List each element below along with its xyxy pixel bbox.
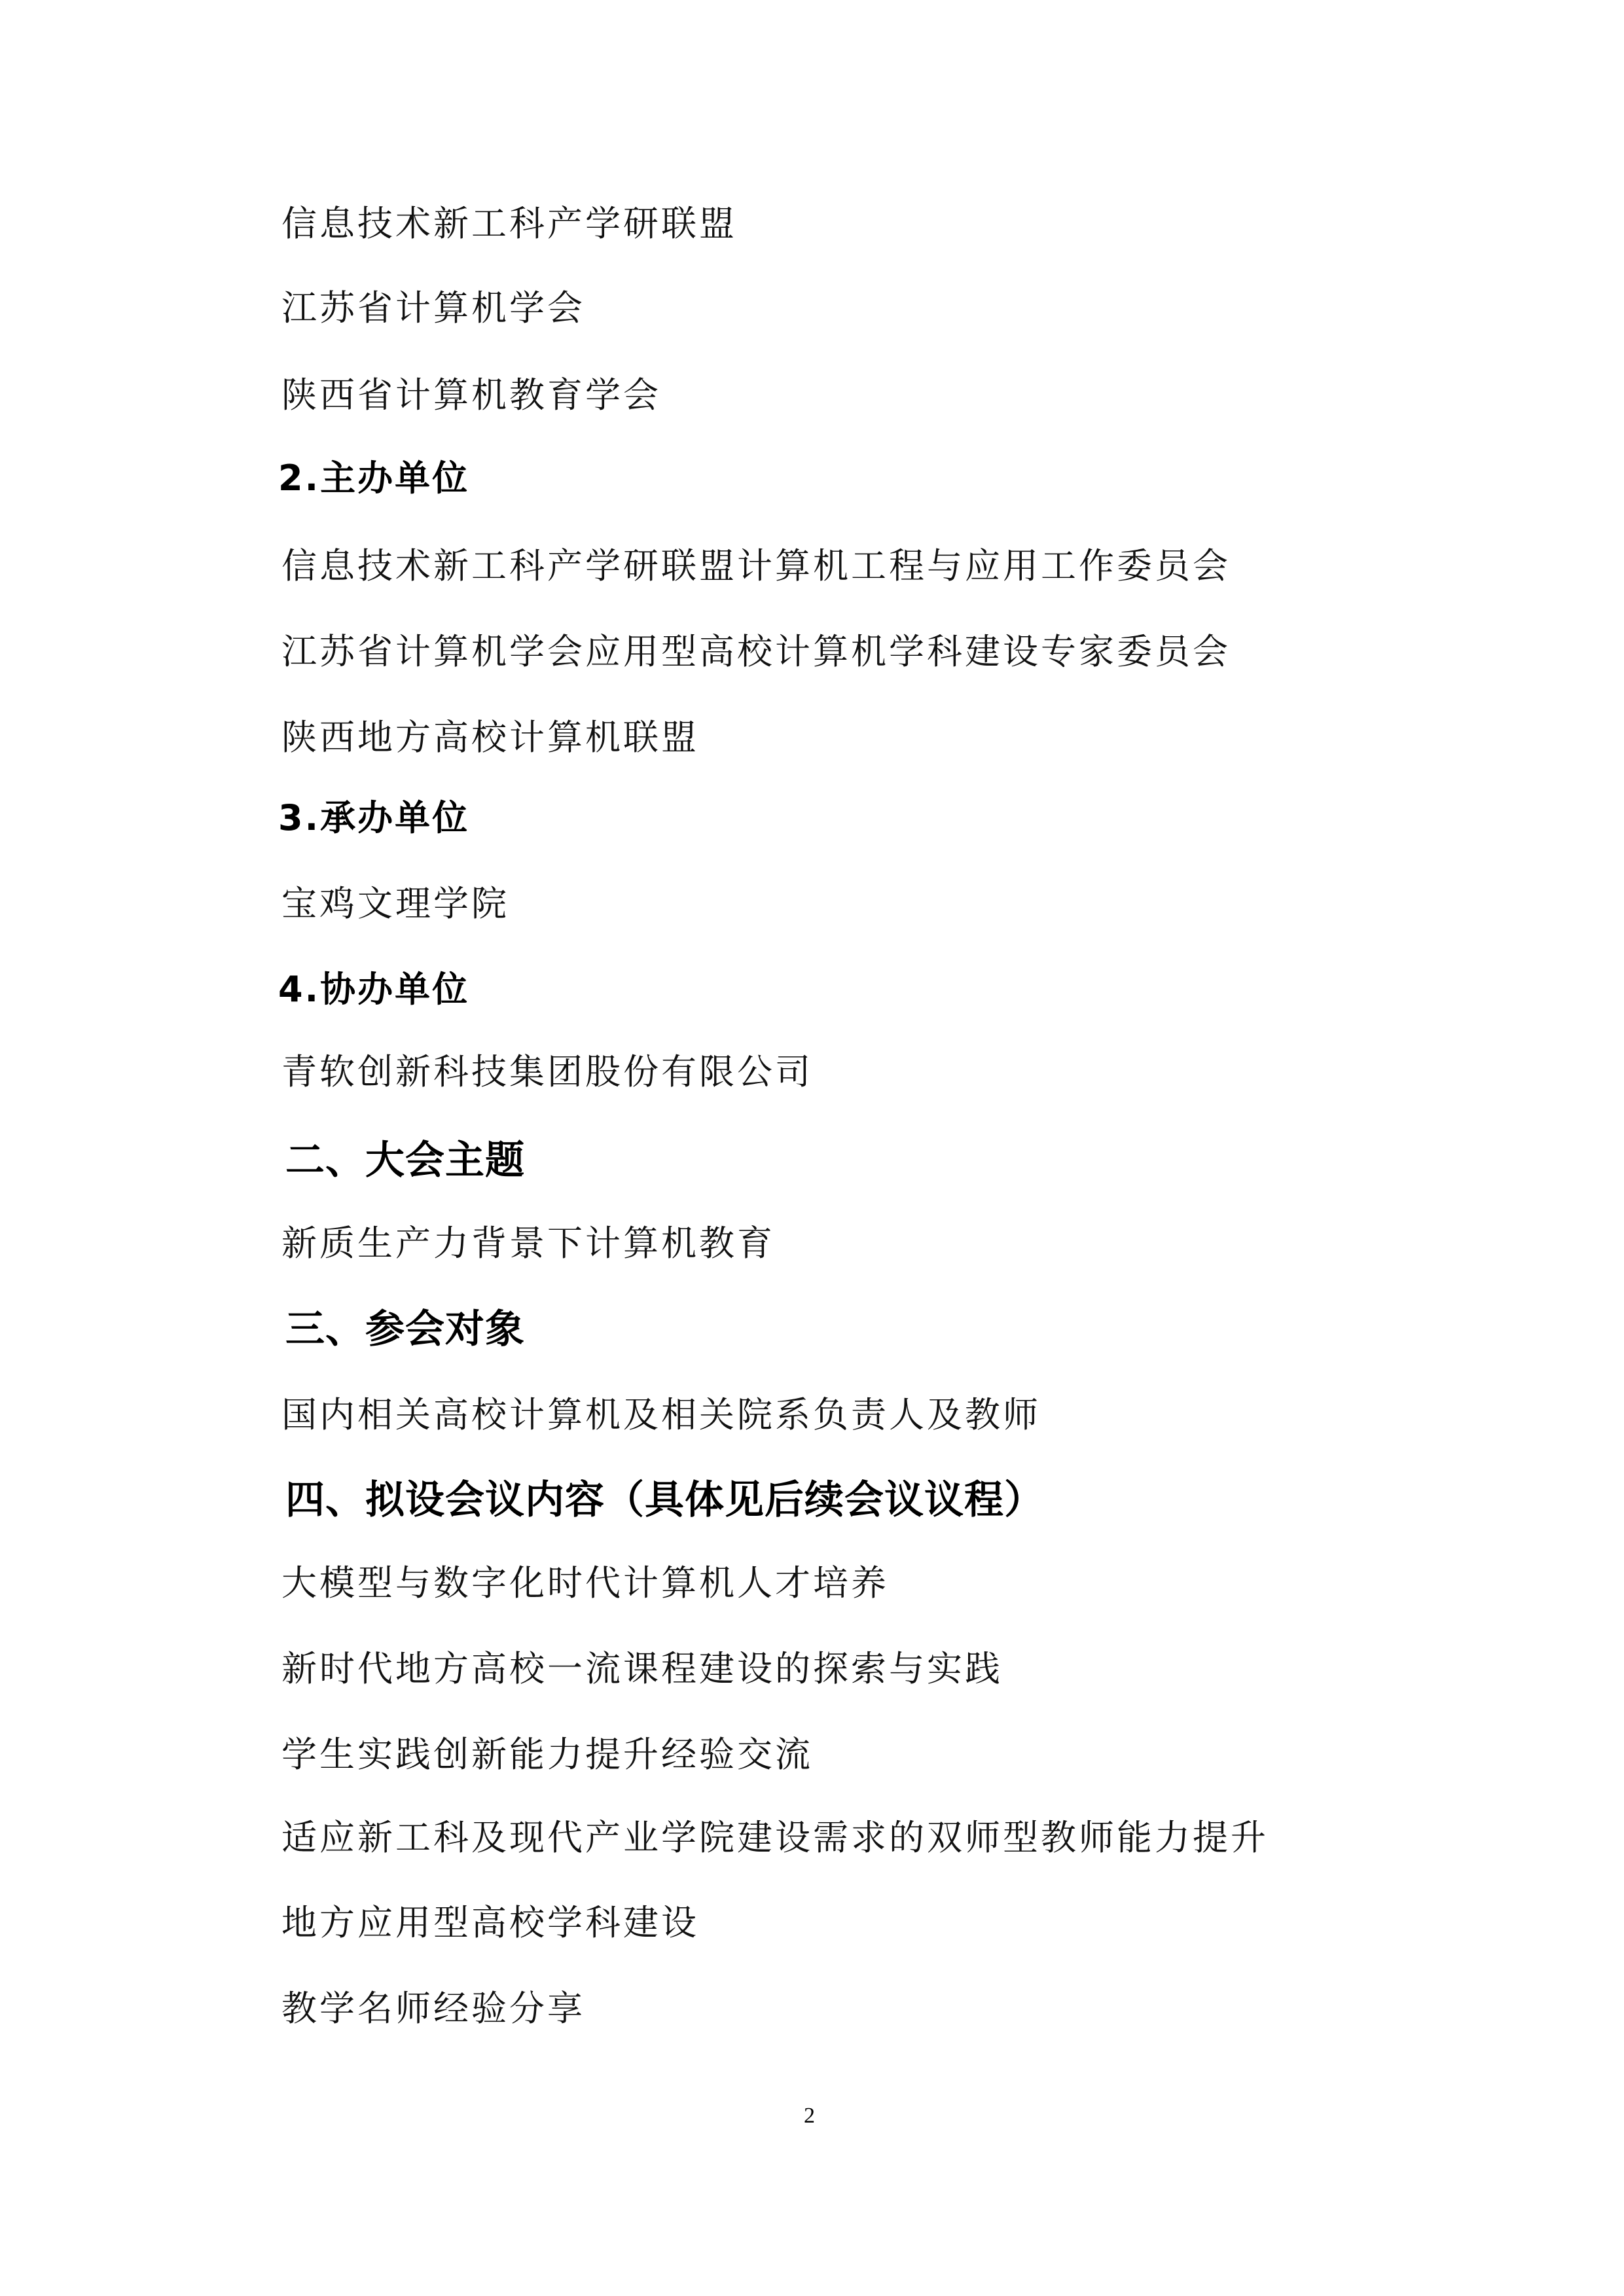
agenda-item: 适应新工科及现代产业学院建设需求的双师型教师能力提升 xyxy=(281,1820,1269,1856)
theme-item: 新质生产力背景下计算机教育 xyxy=(281,1226,775,1261)
page-number: 2 xyxy=(804,2105,815,2127)
host-item: 宝鸡文理学院 xyxy=(281,886,509,922)
organizer-item: 信息技术新工科产学研联盟计算机工程与应用工作委员会 xyxy=(281,548,1231,584)
organizer-item: 陕西地方高校计算机联盟 xyxy=(281,720,699,755)
theme-heading: 二、大会主题 xyxy=(285,1141,525,1180)
sponsor-item: 江苏省计算机学会 xyxy=(281,291,585,326)
agenda-item: 大模型与数字化时代计算机人才培养 xyxy=(281,1566,889,1601)
co-organizer-heading: 4.协办单位 xyxy=(278,972,469,1007)
agenda-item: 学生实践创新能力提升经验交流 xyxy=(281,1737,813,1772)
agenda-item: 地方应用型高校学科建设 xyxy=(281,1905,699,1941)
participants-item: 国内相关高校计算机及相关院系负责人及教师 xyxy=(281,1397,1041,1433)
host-heading: 3.承办单位 xyxy=(278,800,469,836)
participants-heading: 三、参会对象 xyxy=(285,1310,525,1349)
agenda-item: 教学名师经验分享 xyxy=(281,1991,585,2026)
organizers-heading: 2.主办单位 xyxy=(278,461,469,496)
document-page: 信息技术新工科产学研联盟 江苏省计算机学会 陕西省计算机教育学会 2.主办单位 … xyxy=(0,0,1624,2296)
agenda-item: 新时代地方高校一流课程建设的探索与实践 xyxy=(281,1651,1003,1687)
sponsor-item: 信息技术新工科产学研联盟 xyxy=(281,206,737,242)
sponsor-item: 陕西省计算机教育学会 xyxy=(281,378,661,413)
organizer-item: 江苏省计算机学会应用型高校计算机学科建设专家委员会 xyxy=(281,634,1231,670)
co-organizer-item: 青软创新科技集团股份有限公司 xyxy=(281,1054,813,1090)
agenda-heading: 四、拟设会议内容（具体见后续会议议程） xyxy=(285,1480,1044,1520)
